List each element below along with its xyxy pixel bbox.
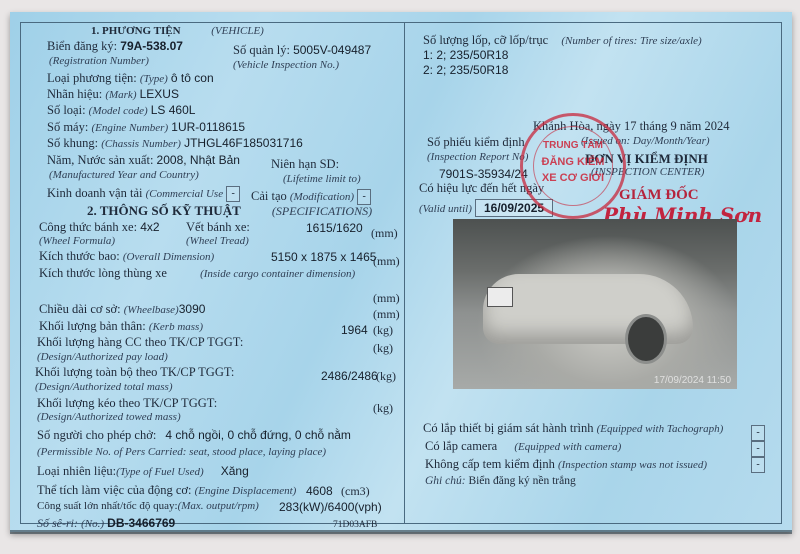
manufactured-value: 2008, Nhật Bản bbox=[157, 153, 240, 167]
manufactured-label-en: (Manufactured Year and Country) bbox=[49, 169, 199, 181]
no-stamp-field: Không cấp tem kiểm định (Inspection stam… bbox=[425, 457, 707, 472]
section-specifications-heading: 2. THÔNG SỐ KỸ THUẬT (SPECIFICATIONS) bbox=[87, 203, 372, 219]
note-field: Ghi chú: Biển đăng ký nền trắng bbox=[425, 475, 576, 487]
no-stamp-checkbox: - bbox=[751, 457, 765, 473]
modification-label: Cải tạo bbox=[251, 189, 287, 203]
registration-field: Biển đăng ký: 79A-538.07 bbox=[47, 39, 183, 54]
lifetime-label-en: (Lifetime limit to) bbox=[283, 173, 361, 185]
stamp-line-1: TRUNG TÂM bbox=[523, 140, 623, 151]
type-field: Loại phương tiện: (Type) ô tô con bbox=[47, 71, 214, 86]
commercial-label: Kinh doanh vận tải bbox=[47, 186, 142, 200]
license-plate bbox=[487, 287, 513, 307]
towed-mass-label: Khối lượng kéo theo TK/CP TGGT: bbox=[37, 396, 217, 411]
engine-label-en: (Engine Number) bbox=[91, 122, 168, 134]
cargo-dimension-unit: (mm) bbox=[373, 291, 400, 306]
model-label-en: (Model code) bbox=[89, 105, 148, 117]
stamp-line-3: XE CƠ GIỚI bbox=[523, 172, 623, 184]
mark-field: Nhãn hiệu: (Mark) LEXUS bbox=[47, 87, 179, 102]
model-value: LS 460L bbox=[151, 103, 196, 117]
overall-dimension-field: Kích thước bao: (Overall Dimension) bbox=[39, 249, 214, 264]
total-mass-label: Khối lượng toàn bộ theo TK/CP TGGT: bbox=[35, 365, 234, 380]
overall-dimension-label: Kích thước bao: bbox=[39, 249, 120, 263]
wheel-tread-label-en: (Wheel Tread) bbox=[186, 235, 249, 247]
chassis-field: Số khung: (Chassis Number) JTHGL46F18503… bbox=[47, 136, 303, 151]
wheel-tread-label: Vết bánh xe: bbox=[186, 220, 250, 235]
tachograph-label: Có lắp thiết bị giám sát hành trình bbox=[423, 421, 593, 435]
type-label-en: (Type) bbox=[140, 73, 168, 85]
camera-field: Có lắp camera (Equipped with camera) bbox=[425, 439, 621, 454]
kerb-mass-value: 1964 bbox=[341, 323, 368, 337]
chassis-label: Số khung: bbox=[47, 136, 98, 150]
type-value: ô tô con bbox=[171, 71, 214, 85]
total-mass-unit: (kg) bbox=[376, 369, 396, 384]
model-label: Số loại: bbox=[47, 103, 86, 117]
camera-checkbox-wrap: - bbox=[751, 441, 765, 457]
kerb-mass-field: Khối lượng bản thân: (Kerb mass) bbox=[39, 319, 203, 334]
camera-checkbox: - bbox=[751, 441, 765, 457]
note-value: Biển đăng ký nền trắng bbox=[468, 475, 575, 487]
registration-label: Biển đăng ký: bbox=[47, 39, 117, 53]
section-vehicle-heading: 1. PHƯƠNG TIỆN (VEHICLE) bbox=[91, 25, 264, 37]
tires-label-en: (Number of tires: Tire size/axle) bbox=[561, 35, 701, 47]
max-output-label-en: (Max. output/rpm) bbox=[178, 500, 259, 512]
cargo-dimension-label: Kích thước lòng thùng xe bbox=[39, 266, 167, 280]
displacement-label: Thể tích làm việc của động cơ: bbox=[37, 483, 191, 497]
payload-label: Khối lượng hàng CC theo TK/CP TGGT: bbox=[37, 335, 243, 350]
tire-axle-1: 1: 2; 235/50R18 bbox=[423, 48, 508, 62]
wheelbase-field: Chiều dài cơ sở: (Wheelbase)3090 bbox=[39, 302, 205, 317]
engine-value: 1UR-0118615 bbox=[171, 120, 245, 134]
report-label-en: (Inspection Report No) bbox=[427, 151, 528, 163]
kerb-mass-unit: (kg) bbox=[373, 323, 393, 338]
tachograph-checkbox-wrap: - bbox=[751, 425, 765, 441]
wheel-formula-label-en: (Wheel Formula) bbox=[39, 235, 115, 247]
max-output-value: 283(kW)/6400(vph) bbox=[279, 500, 382, 514]
management-value: 5005V-049487 bbox=[293, 43, 371, 57]
payload-label-en: (Design/Authorized pay load) bbox=[37, 351, 168, 363]
section-title-en: (VEHICLE) bbox=[211, 25, 264, 37]
no-stamp-checkbox-wrap: - bbox=[751, 457, 765, 473]
camera-label: Có lắp camera bbox=[425, 439, 497, 453]
manufactured-field: Năm, Nước sản xuất: 2008, Nhật Bản bbox=[47, 153, 240, 168]
displacement-value: 4608 bbox=[306, 484, 333, 498]
tires-field: Số lượng lốp, cỡ lốp/trục (Number of tir… bbox=[423, 33, 702, 48]
manufactured-label: Năm, Nước sản xuất: bbox=[47, 153, 153, 167]
serial-label-en: (No.) bbox=[81, 518, 104, 530]
kerb-mass-label: Khối lượng bản thân: bbox=[39, 319, 146, 333]
form-code: 71D03AFB bbox=[333, 520, 377, 530]
left-panel: 1. PHƯƠNG TIỆN (VEHICLE) Biển đăng ký: 7… bbox=[21, 23, 404, 523]
wheel-formula-label: Công thức bánh xe: bbox=[39, 220, 137, 234]
stamp-line-2: ĐĂNG KIỂM bbox=[523, 156, 623, 168]
chassis-value: JTHGL46F185031716 bbox=[184, 136, 303, 150]
section-title-en: (SPECIFICATIONS) bbox=[272, 204, 372, 218]
wheel-formula-field: Công thức bánh xe: 4x2 bbox=[39, 220, 160, 235]
max-output-field: Công suất lớn nhất/tốc độ quay:(Max. out… bbox=[37, 500, 259, 512]
wheelbase-value: 3090 bbox=[179, 302, 206, 316]
persons-label-en: (Permissible No. of Pers Carried: seat, … bbox=[37, 446, 326, 458]
total-mass-value: 2486/2486 bbox=[321, 369, 378, 383]
vehicle-photo: 17/09/2024 11:50 bbox=[453, 219, 737, 389]
model-field: Số loại: (Model code) LS 460L bbox=[47, 103, 195, 118]
fuel-field: Loại nhiên liệu:(Type of Fuel Used) Xăng bbox=[37, 464, 249, 479]
chassis-label-en: (Chassis Number) bbox=[101, 138, 181, 150]
fuel-value: Xăng bbox=[221, 464, 249, 478]
type-label: Loại phương tiện: bbox=[47, 71, 137, 85]
tires-label: Số lượng lốp, cỡ lốp/trục bbox=[423, 33, 548, 47]
engine-field: Số máy: (Engine Number) 1UR-0118615 bbox=[47, 120, 245, 135]
registration-value: 79A-538.07 bbox=[120, 39, 183, 53]
lifetime-label: Niên hạn SD: bbox=[271, 157, 339, 172]
camera-label-en: (Equipped with camera) bbox=[514, 441, 621, 453]
tire-axle-2: 2: 2; 235/50R18 bbox=[423, 63, 508, 77]
displacement-unit: (cm3) bbox=[341, 484, 370, 499]
tachograph-field: Có lắp thiết bị giám sát hành trình (Equ… bbox=[423, 421, 723, 436]
overall-dimension-label-en: (Overall Dimension) bbox=[123, 251, 214, 263]
section-title: 1. PHƯƠNG TIỆN bbox=[91, 25, 181, 37]
serial-field: Số sê-ri: (No.) DB-3466769 bbox=[37, 516, 175, 531]
wheelbase-label-en: (Wheelbase) bbox=[124, 304, 179, 316]
towed-mass-unit: (kg) bbox=[373, 401, 393, 416]
overall-dimension-unit: (mm) bbox=[373, 254, 400, 269]
overall-dimension-value: 5150 x 1875 x 1465 bbox=[271, 250, 376, 264]
cargo-dimension-label-en: (Inside cargo container dimension) bbox=[200, 268, 355, 280]
mark-label-en: (Mark) bbox=[105, 89, 136, 101]
wheelbase-label: Chiều dài cơ sở: bbox=[39, 302, 121, 316]
serial-label: Số sê-ri: bbox=[37, 516, 78, 530]
kerb-mass-label-en: (Kerb mass) bbox=[149, 321, 203, 333]
management-label: Số quản lý: bbox=[233, 43, 290, 57]
total-mass-label-en: (Design/Authorized total mass) bbox=[35, 381, 173, 393]
cargo-dimension-field: Kích thước lòng thùng xe (Inside cargo c… bbox=[39, 266, 355, 281]
persons-field: Số người cho phép chở: 4 chỗ ngồi, 0 chỗ… bbox=[37, 428, 351, 443]
modification-label-en: (Modification) bbox=[290, 191, 354, 203]
wheel-tread-unit: (mm) bbox=[371, 226, 398, 241]
signer-title: GIÁM ĐỐC bbox=[619, 187, 699, 204]
valid-until-label-en: (Valid until) bbox=[419, 203, 472, 215]
displacement-field: Thể tích làm việc của động cơ: (Engine D… bbox=[37, 483, 296, 498]
right-panel: Số lượng lốp, cỡ lốp/trục (Number of tir… bbox=[405, 23, 781, 523]
wheel-shape bbox=[625, 314, 667, 364]
commercial-use-field: Kinh doanh vận tải (Commercial Use - bbox=[47, 186, 240, 202]
persons-value: 4 chỗ ngồi, 0 chỗ đứng, 0 chỗ nằm bbox=[165, 428, 351, 442]
management-field: Số quản lý: 5005V-049487 bbox=[233, 43, 371, 58]
certificate-frame: 1. PHƯƠNG TIỆN (VEHICLE) Biển đăng ký: 7… bbox=[20, 22, 782, 524]
fuel-label: Loại nhiên liệu: bbox=[37, 464, 116, 478]
no-stamp-label: Không cấp tem kiểm định bbox=[425, 457, 555, 471]
mark-label: Nhãn hiệu: bbox=[47, 87, 102, 101]
tachograph-label-en: (Equipped with Tachograph) bbox=[597, 423, 724, 435]
engine-label: Số máy: bbox=[47, 120, 88, 134]
inspection-certificate: 1. PHƯƠNG TIỆN (VEHICLE) Biển đăng ký: 7… bbox=[10, 12, 792, 532]
wheel-formula-value: 4x2 bbox=[140, 220, 159, 234]
wheelbase-unit: (mm) bbox=[373, 307, 400, 322]
payload-unit: (kg) bbox=[373, 341, 393, 356]
note-label: Ghi chú: bbox=[425, 475, 466, 487]
mark-value: LEXUS bbox=[140, 87, 179, 101]
displacement-label-en: (Engine Displacement) bbox=[195, 485, 297, 497]
registration-label-en: (Registration Number) bbox=[49, 55, 149, 67]
max-output-label: Công suất lớn nhất/tốc độ quay: bbox=[37, 500, 178, 512]
report-value: 7901S-35934/24 bbox=[439, 167, 528, 181]
report-label: Số phiếu kiểm định bbox=[427, 135, 525, 150]
management-label-en: (Vehicle Inspection No.) bbox=[233, 59, 339, 71]
commercial-checkbox: - bbox=[226, 186, 240, 202]
fuel-label-en: (Type of Fuel Used) bbox=[116, 466, 203, 478]
wheel-tread-value: 1615/1620 bbox=[306, 221, 363, 235]
photo-timestamp: 17/09/2024 11:50 bbox=[654, 375, 731, 386]
no-stamp-label-en: (Inspection stamp was not issued) bbox=[558, 459, 707, 471]
serial-value: DB-3466769 bbox=[107, 516, 175, 530]
towed-mass-label-en: (Design/Authorized towed mass) bbox=[37, 411, 181, 423]
section-title: 2. THÔNG SỐ KỸ THUẬT bbox=[87, 203, 241, 218]
persons-label: Số người cho phép chở: bbox=[37, 428, 156, 442]
tachograph-checkbox: - bbox=[751, 425, 765, 441]
commercial-label-en: (Commercial Use bbox=[146, 188, 224, 200]
